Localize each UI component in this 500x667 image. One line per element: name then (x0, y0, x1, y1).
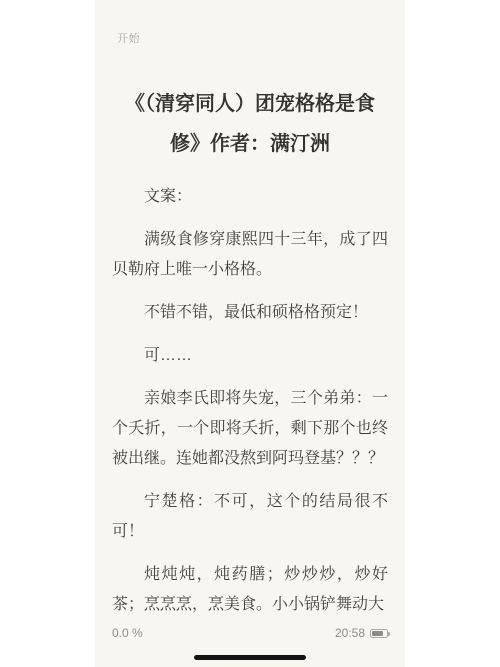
battery-icon (370, 629, 388, 638)
paragraph: 宁楚格：不可，这个的结局很不可！ (112, 487, 388, 547)
chapter-label: 开始 (117, 30, 140, 46)
reader-page[interactable]: 开始 《（清穿同人）团宠格格是食修》作者：满汀洲 文案： 满级食修穿康熙四十三年… (95, 0, 405, 667)
home-indicator[interactable] (194, 655, 306, 660)
battery-nub (388, 632, 390, 636)
paragraph: 亲娘李氏即将失宠，三个弟弟：一个夭折，一个即将夭折，剩下那个也终被出继。连她都没… (112, 384, 388, 474)
paragraph: 文案： (112, 182, 388, 212)
paragraph: 不错不错，最低和硕格格预定！ (112, 298, 388, 328)
paragraph: 可…… (112, 341, 388, 371)
reading-progress: 0.0 % (112, 626, 143, 640)
paragraph: 满级食修穿康熙四十三年，成了四贝勒府上唯一小格格。 (112, 225, 388, 285)
battery-fill (372, 631, 383, 636)
clock-time: 20:58 (335, 626, 365, 640)
book-title: 《（清穿同人）团宠格格是食修》作者：满汀洲 (112, 84, 388, 164)
status-right-group: 20:58 (335, 626, 388, 640)
paragraph: 炖炖炖，炖药膳；炒炒炒，炒好茶；烹烹烹，烹美食。小小锅铲舞动大 (112, 560, 388, 620)
status-bar: 0.0 % 20:58 (112, 626, 388, 640)
